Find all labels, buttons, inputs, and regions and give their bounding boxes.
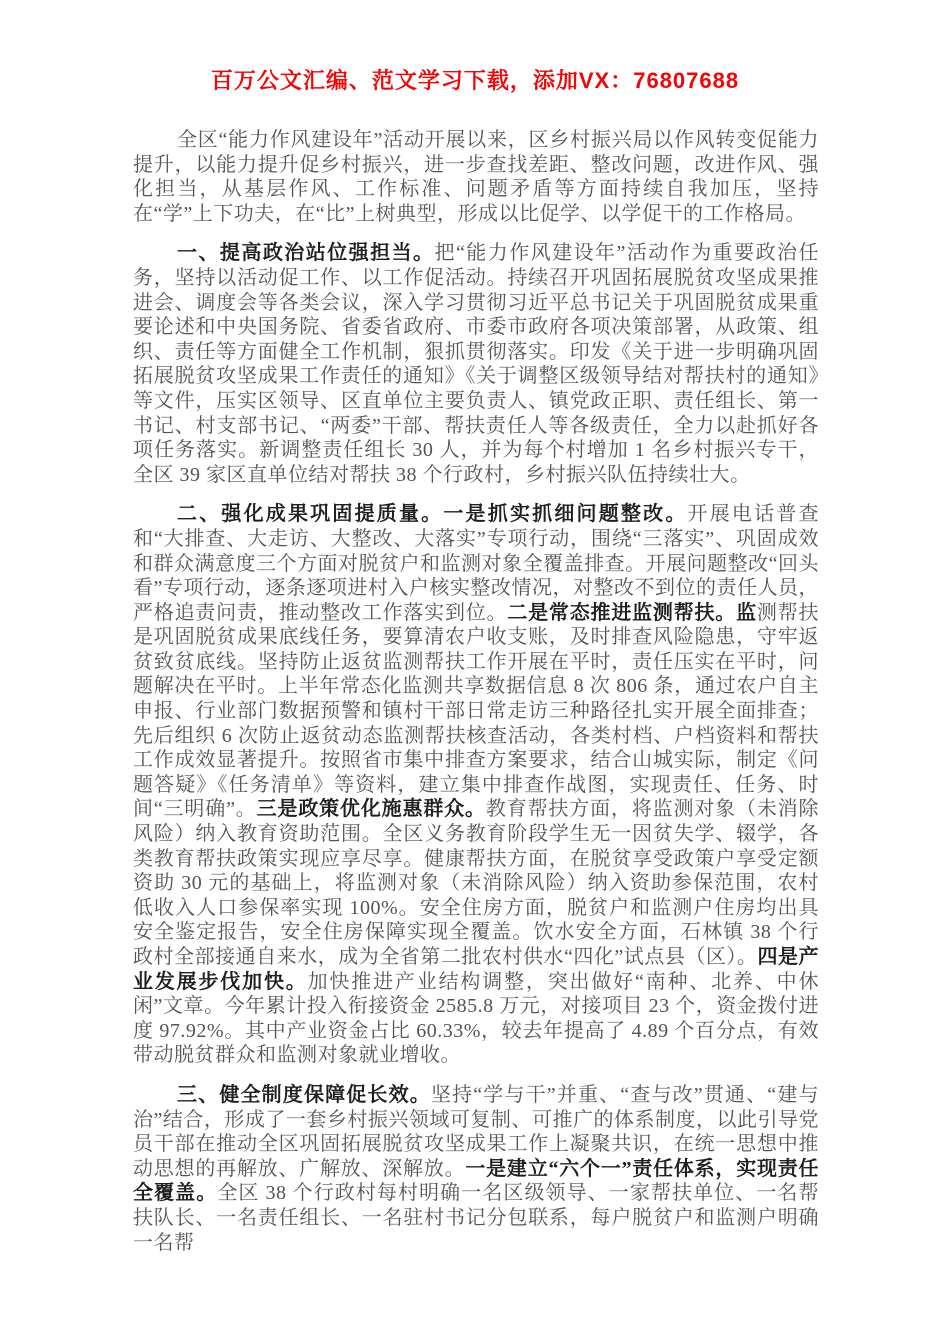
- paragraph: 全区“能力作风建设年”活动开展以来，区乡村振兴局以作风转变促能力提升，以能力提升…: [133, 128, 819, 226]
- text-run: 全区“能力作风建设年”活动开展以来，区乡村振兴局以作风转变促能力提升，以能力提升…: [133, 129, 819, 225]
- document-page: 百万公文汇编、范文学习下载，添加VX：76807688 全区“能力作风建设年”活…: [0, 0, 950, 1344]
- paragraphs-container: 全区“能力作风建设年”活动开展以来，区乡村振兴局以作风转变促能力提升，以能力提升…: [133, 128, 819, 1255]
- document-body: 全区“能力作风建设年”活动开展以来，区乡村振兴局以作风转变促能力提升，以能力提升…: [133, 128, 819, 1270]
- text-run-bold: 一、提高政治站位强担当。: [177, 242, 435, 264]
- text-run: 测帮扶是巩固脱贫成果底线任务，要算清农户收支账，及时排查风险隐患，守牢返贫致贫底…: [133, 602, 819, 821]
- text-run-bold: 二是常态推进监测帮扶。监: [507, 602, 757, 624]
- promo-header-text: 百万公文汇编、范文学习下载，添加VX：76807688: [0, 64, 950, 95]
- text-run-bold: 三是政策优化施惠群众。: [257, 798, 486, 820]
- text-run-bold: 二、强化成果巩固提质量。一是抓实抓细问题整改。: [177, 503, 688, 525]
- paragraph: 一、提高政治站位强担当。把“能力作风建设年”活动作为重要政治任务，坚持以活动促工…: [133, 241, 819, 487]
- text-run-bold: 三、健全制度保障促长效。: [177, 1084, 431, 1106]
- text-run: 全区 38 个行政村每村明确一名区级领导、一家帮扶单位、一名帮扶队长、一名责任组…: [133, 1182, 819, 1253]
- text-run: 教育帮扶方面，将监测对象（未消除风险）纳入教育资助范围。全区义务教育阶段学生无一…: [133, 798, 819, 968]
- paragraph: 三、健全制度保障促长效。坚持“学与干”并重、“查与改”贯通、“建与治”结合，形成…: [133, 1083, 819, 1255]
- text-run: 把“能力作风建设年”活动作为重要政治任务，坚持以活动促工作、以工作促活动。持续召…: [133, 242, 819, 485]
- paragraph: 二、强化成果巩固提质量。一是抓实抓细问题整改。开展电话普查和“大排查、大走访、大…: [133, 502, 819, 1068]
